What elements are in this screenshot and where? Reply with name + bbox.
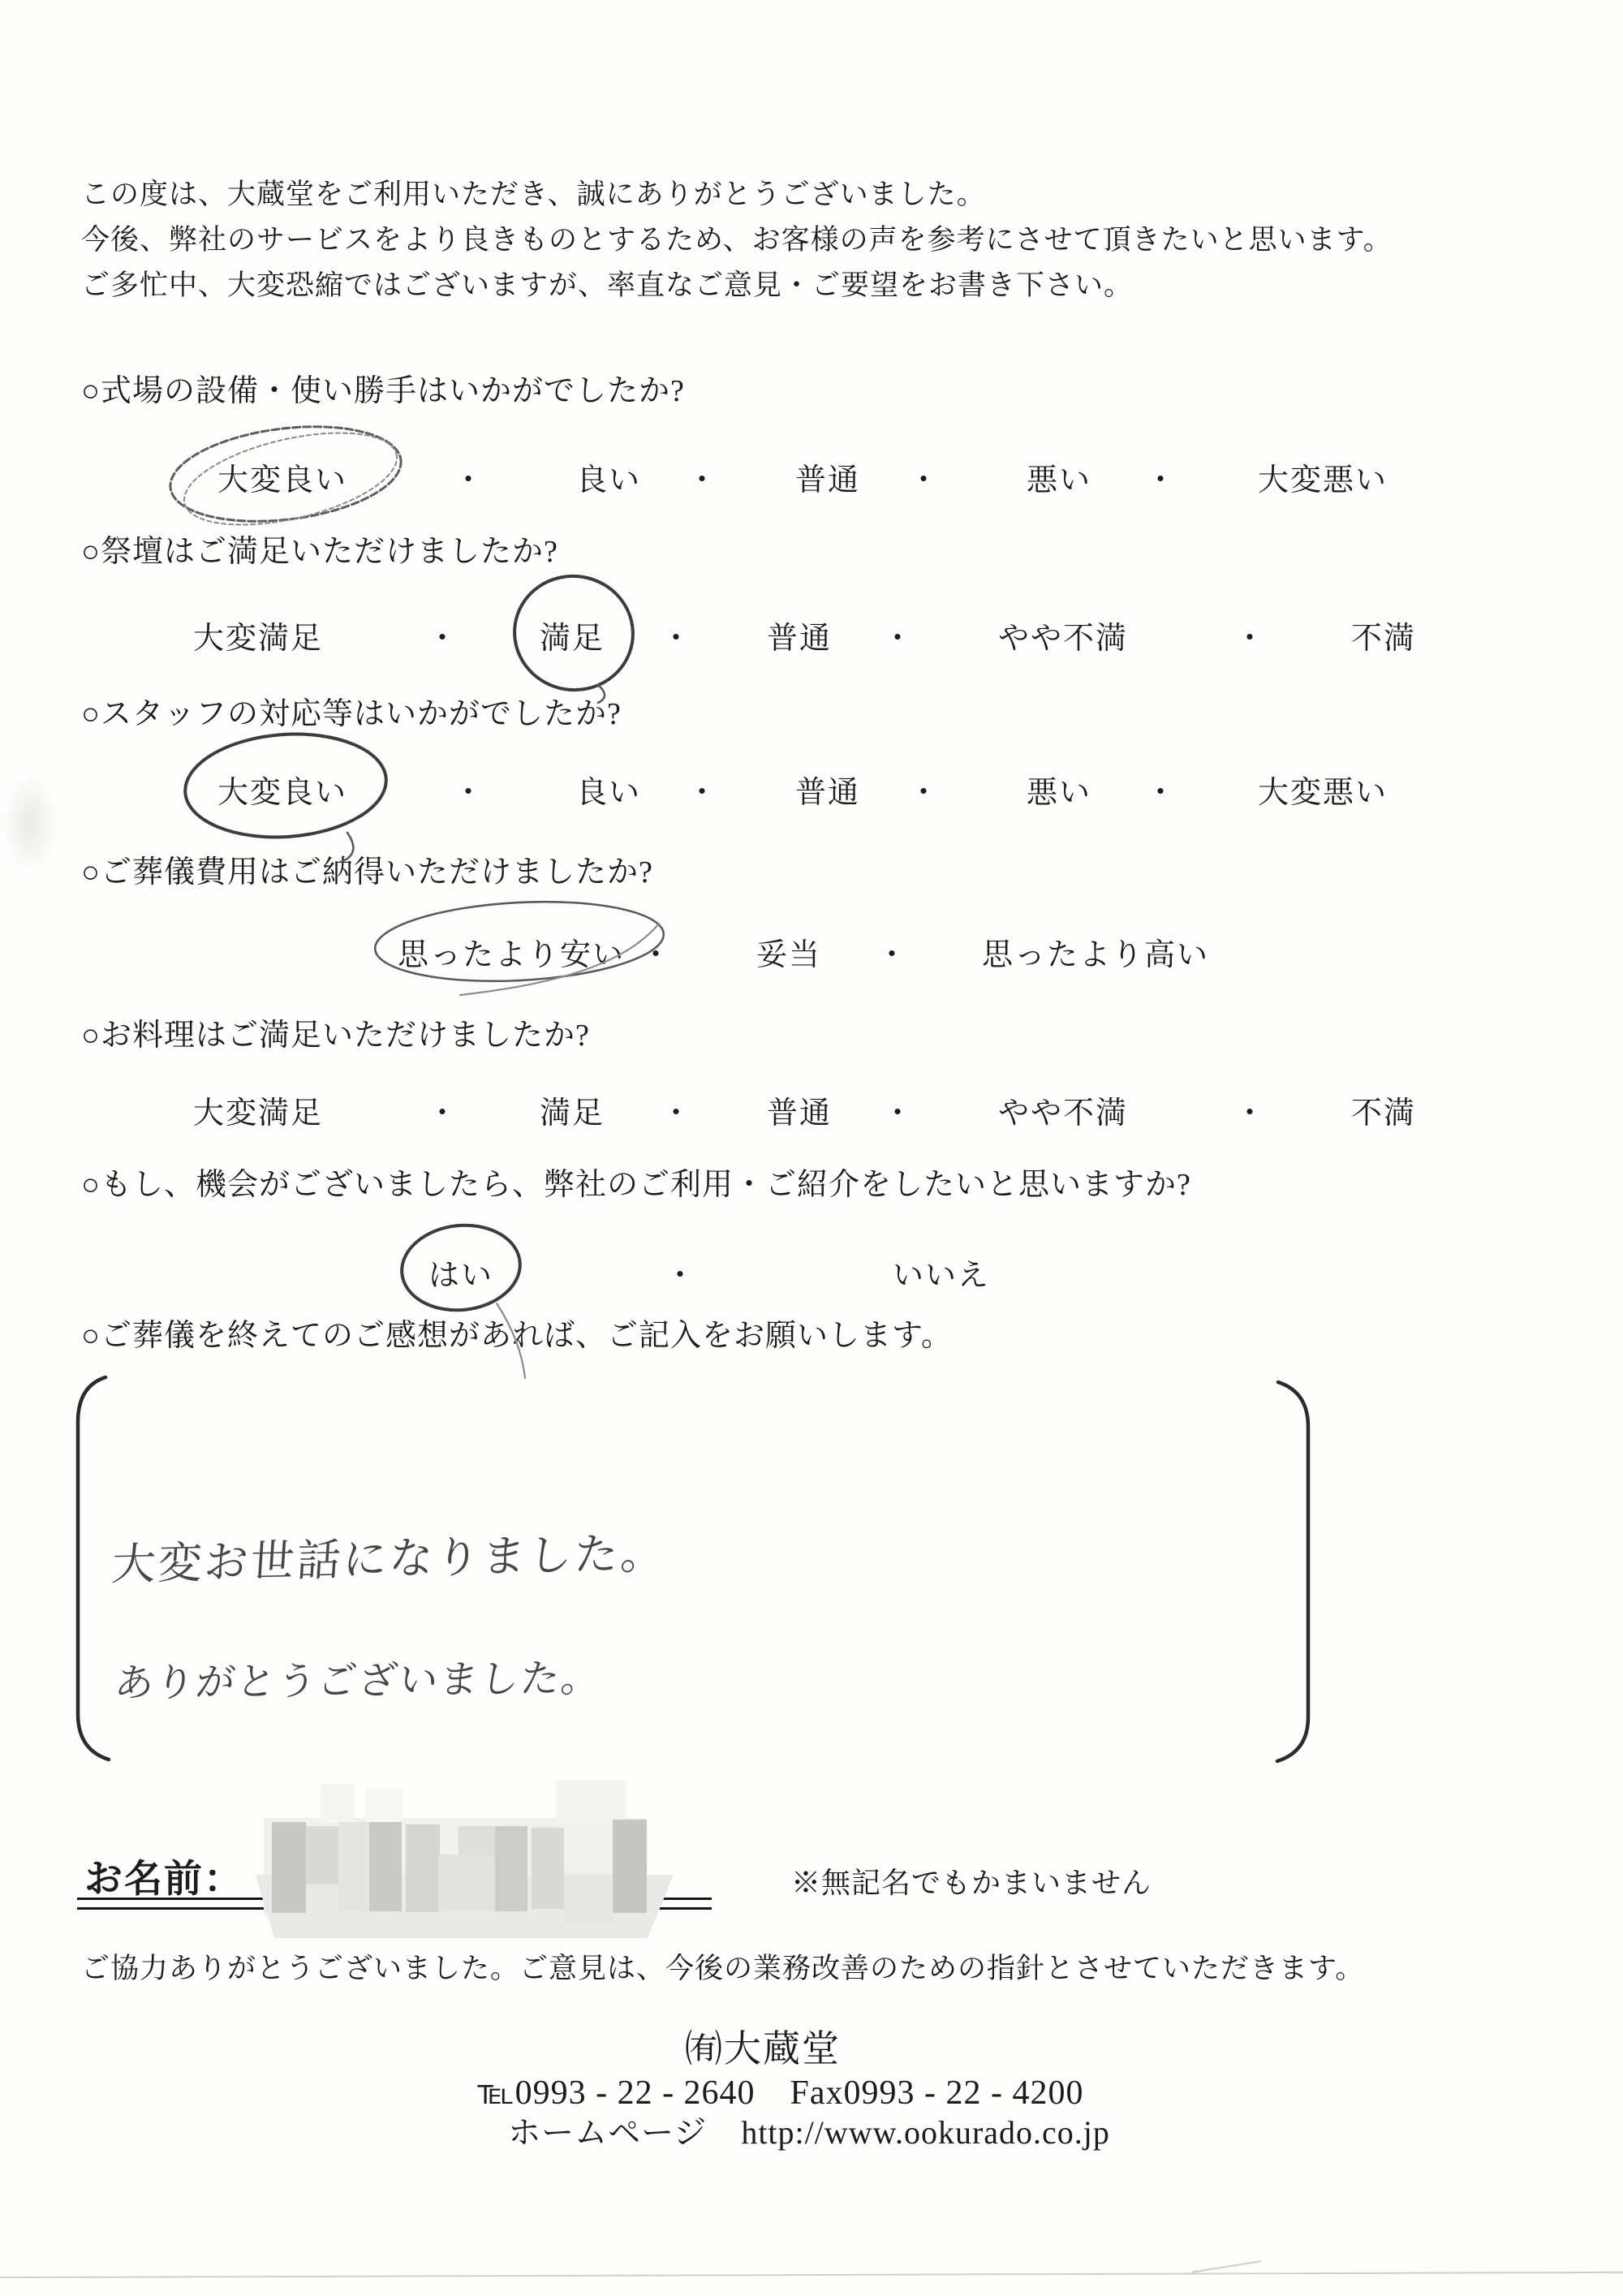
option-separator-dot: ・: [1145, 767, 1176, 812]
option-separator-dot: ・: [427, 1088, 458, 1132]
question-4-option-pricier: 思ったより高い: [982, 929, 1209, 974]
scan-edge-line: [0, 2272, 1623, 2278]
question-3-option-bad: 悪い: [1027, 767, 1091, 812]
question-2-option-satisfied: 満足: [540, 613, 605, 657]
comment-box-right-bracket: [1277, 1382, 1308, 1761]
question-4-option-fair: 妥当: [756, 929, 821, 974]
redacted-name-mosaic: [252, 1777, 690, 1948]
question-4-option-cheaper: 思ったより安い: [398, 929, 625, 974]
question-5-option-dissatisfied: 不満: [1351, 1088, 1416, 1132]
question-6-option-yes: はい: [428, 1250, 493, 1294]
option-separator-dot: ・: [661, 1088, 691, 1132]
question-5-option-somewhat-dissatisfied: やや不満: [998, 1088, 1128, 1132]
option-separator-dot: ・: [687, 767, 717, 812]
question-2-option-dissatisfied: 不満: [1351, 613, 1416, 657]
scan-smudge: [3, 775, 57, 872]
homepage-line: ホームページhttp://www.ookurado.co.jp: [508, 2107, 1110, 2153]
question-1-option-very-good: 大変良い: [217, 454, 347, 499]
question-4-label: ○ご葬儀費用はご納得いただけましたか?: [81, 846, 653, 891]
option-separator-dot: ・: [908, 454, 939, 499]
question-5-label: ○お料理はご満足いただけましたか?: [81, 1010, 590, 1054]
question-2-option-very-satisfied: 大変満足: [193, 613, 323, 657]
option-separator-dot: ・: [661, 613, 691, 657]
question-5-option-normal: 普通: [767, 1088, 832, 1132]
option-separator-dot: ・: [1145, 454, 1176, 499]
question-5-option-satisfied: 満足: [540, 1088, 605, 1132]
question-3-option-very-good: 大変良い: [217, 767, 347, 812]
handwritten-comment-line-1: 大変お世話になりました。: [110, 1518, 669, 1592]
survey-form-page: この度は、大蔵堂をご利用いただき、誠にありがとうございました。 今後、弊社のサー…: [0, 0, 1623, 2296]
option-separator-dot: ・: [876, 929, 907, 974]
option-separator-dot: ・: [665, 1250, 695, 1294]
question-3-option-normal: 普通: [795, 767, 860, 812]
homepage-url: http://www.ookurado.co.jp: [741, 2114, 1110, 2151]
option-separator-dot: ・: [453, 454, 484, 499]
option-separator-dot: ・: [908, 767, 939, 812]
option-separator-dot: ・: [427, 613, 458, 657]
question-3-label: ○スタッフの対応等はいかがでしたか?: [81, 688, 622, 733]
anonymous-note: ※無記名でもかまいません: [791, 1860, 1152, 1902]
option-separator-dot: ・: [453, 767, 484, 812]
intro-line-2: 今後、弊社のサービスをより良きものとするため、お客様の声を参考にさせて頂きたいと…: [81, 218, 1393, 258]
intro-line-1: この度は、大蔵堂をご利用いただき、誠にありがとうございました。: [81, 172, 986, 213]
name-label: お名前：: [84, 1849, 243, 1903]
question-3-option-good: 良い: [576, 767, 641, 812]
question-2-label: ○祭壇はご満足いただけましたか?: [81, 526, 558, 571]
option-separator-dot: ・: [882, 1088, 913, 1132]
question-6-label: ○もし、機会がございましたら、弊社のご利用・ご紹介をしたいと思いますか?: [81, 1159, 1191, 1204]
handwritten-comment-line-2: ありがとうございました。: [112, 1647, 605, 1708]
question-1-label: ○式場の設備・使い勝手はいかがでしたか?: [81, 365, 685, 410]
question-5-option-very-satisfied: 大変満足: [193, 1088, 323, 1132]
comment-box-left-bracket: [78, 1377, 109, 1760]
question-6-option-no: いいえ: [893, 1250, 990, 1294]
question-2-option-somewhat-dissatisfied: やや不満: [998, 613, 1128, 657]
scan-edge-mark: [1191, 2260, 1260, 2272]
option-separator-dot: ・: [1234, 1088, 1265, 1132]
question-7-label: ○ご葬儀を終えてのご感想があれば、ご記入をお願いします。: [81, 1310, 953, 1355]
question-1-option-bad: 悪い: [1027, 454, 1091, 499]
question-1-option-normal: 普通: [795, 454, 860, 499]
question-3-option-very-bad: 大変悪い: [1258, 767, 1388, 812]
option-separator-dot: ・: [882, 613, 913, 657]
question-1-option-good: 良い: [576, 454, 641, 499]
question-1-option-very-bad: 大変悪い: [1258, 454, 1388, 499]
footer-thanks: ご協力ありがとうございました。ご意見は、今後の業務改善のための指針とさせていただ…: [81, 1946, 1364, 1987]
intro-line-3: ご多忙中、大変恐縮ではございますが、率直なご意見・ご要望をお書き下さい。: [81, 263, 1133, 304]
option-separator-dot: ・: [1234, 613, 1265, 657]
option-separator-dot: ・: [640, 929, 671, 974]
homepage-label: ホームページ: [508, 2114, 707, 2151]
option-separator-dot: ・: [687, 454, 717, 499]
question-2-option-normal: 普通: [767, 613, 832, 657]
